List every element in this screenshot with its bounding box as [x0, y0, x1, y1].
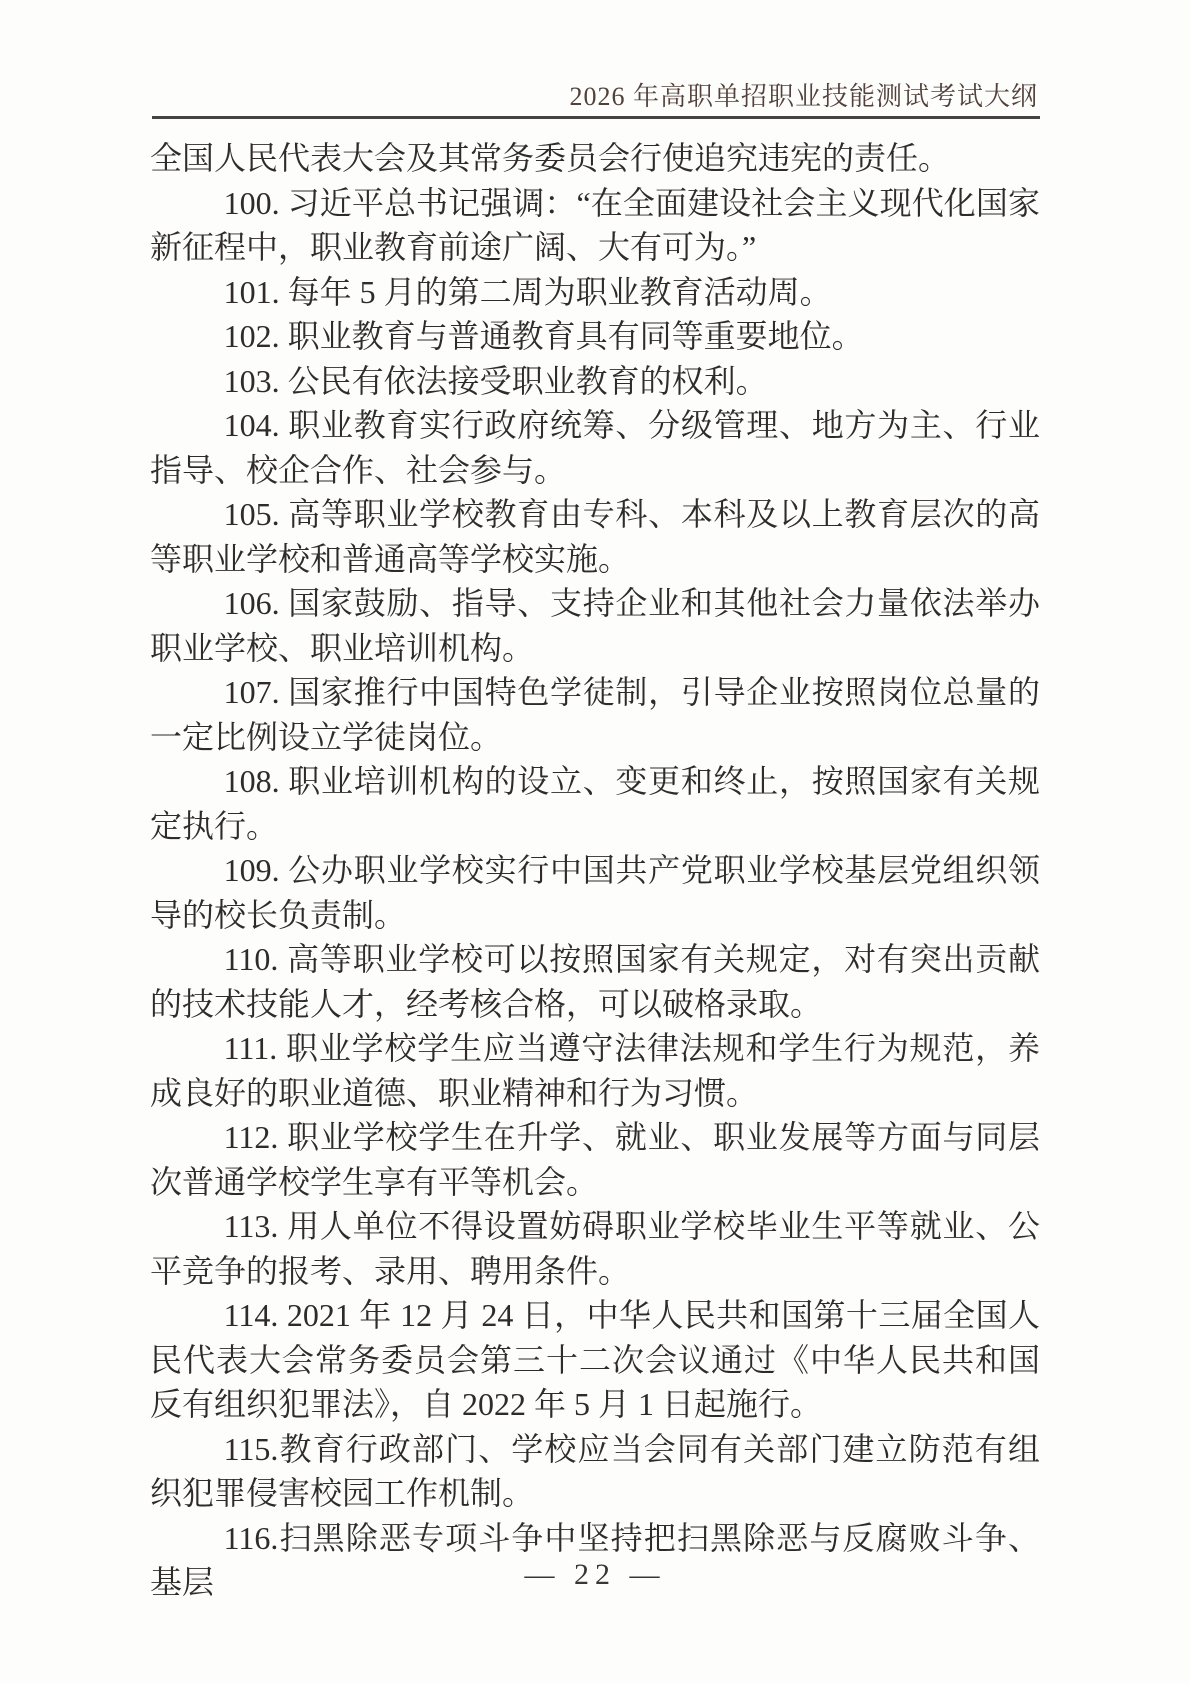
paragraph: 114. 2021 年 12 月 24 日，中华人民共和国第十三届全国人民代表大…: [150, 1293, 1040, 1427]
paragraph: 112. 职业学校学生在升学、就业、职业发展等方面与同层次普通学校学生享有平等机…: [150, 1115, 1040, 1204]
paragraph: 105. 高等职业学校教育由专科、本科及以上教育层次的高等职业学校和普通高等学校…: [150, 492, 1040, 581]
paragraph: 107. 国家推行中国特色学徒制，引导企业按照岗位总量的一定比例设立学徒岗位。: [150, 670, 1040, 759]
paragraph: 全国人民代表大会及其常务委员会行使追究违宪的责任。: [150, 136, 1040, 181]
paragraph: 101. 每年 5 月的第二周为职业教育活动周。: [150, 270, 1040, 315]
paragraph: 100. 习近平总书记强调：“在全面建设社会主义现代化国家新征程中，职业教育前途…: [150, 181, 1040, 270]
document-body: 全国人民代表大会及其常务委员会行使追究违宪的责任。100. 习近平总书记强调：“…: [150, 136, 1040, 1605]
paragraph: 103. 公民有依法接受职业教育的权利。: [150, 359, 1040, 404]
footer-page-number: — 22 —: [150, 1558, 1040, 1592]
paragraph: 109. 公办职业学校实行中国共产党职业学校基层党组织领导的校长负责制。: [150, 848, 1040, 937]
paragraph: 113. 用人单位不得设置妨碍职业学校毕业生平等就业、公平竞争的报考、录用、聘用…: [150, 1204, 1040, 1293]
paragraph: 104. 职业教育实行政府统筹、分级管理、地方为主、行业指导、校企合作、社会参与…: [150, 403, 1040, 492]
document-page: 2026 年高职单招职业技能测试考试大纲 全国人民代表大会及其常务委员会行使追究…: [0, 0, 1190, 1684]
header-divider-line: [152, 116, 1040, 119]
page-header-title: 2026 年高职单招职业技能测试考试大纲: [152, 76, 1038, 113]
paragraph: 108. 职业培训机构的设立、变更和终止，按照国家有关规定执行。: [150, 759, 1040, 848]
paragraph: 106. 国家鼓励、指导、支持企业和其他社会力量依法举办职业学校、职业培训机构。: [150, 581, 1040, 670]
paragraph: 102. 职业教育与普通教育具有同等重要地位。: [150, 314, 1040, 359]
paragraph: 110. 高等职业学校可以按照国家有关规定，对有突出贡献的技术技能人才，经考核合…: [150, 937, 1040, 1026]
paragraph: 115.教育行政部门、学校应当会同有关部门建立防范有组织犯罪侵害校园工作机制。: [150, 1427, 1040, 1516]
paragraph: 111. 职业学校学生应当遵守法律法规和学生行为规范，养成良好的职业道德、职业精…: [150, 1026, 1040, 1115]
